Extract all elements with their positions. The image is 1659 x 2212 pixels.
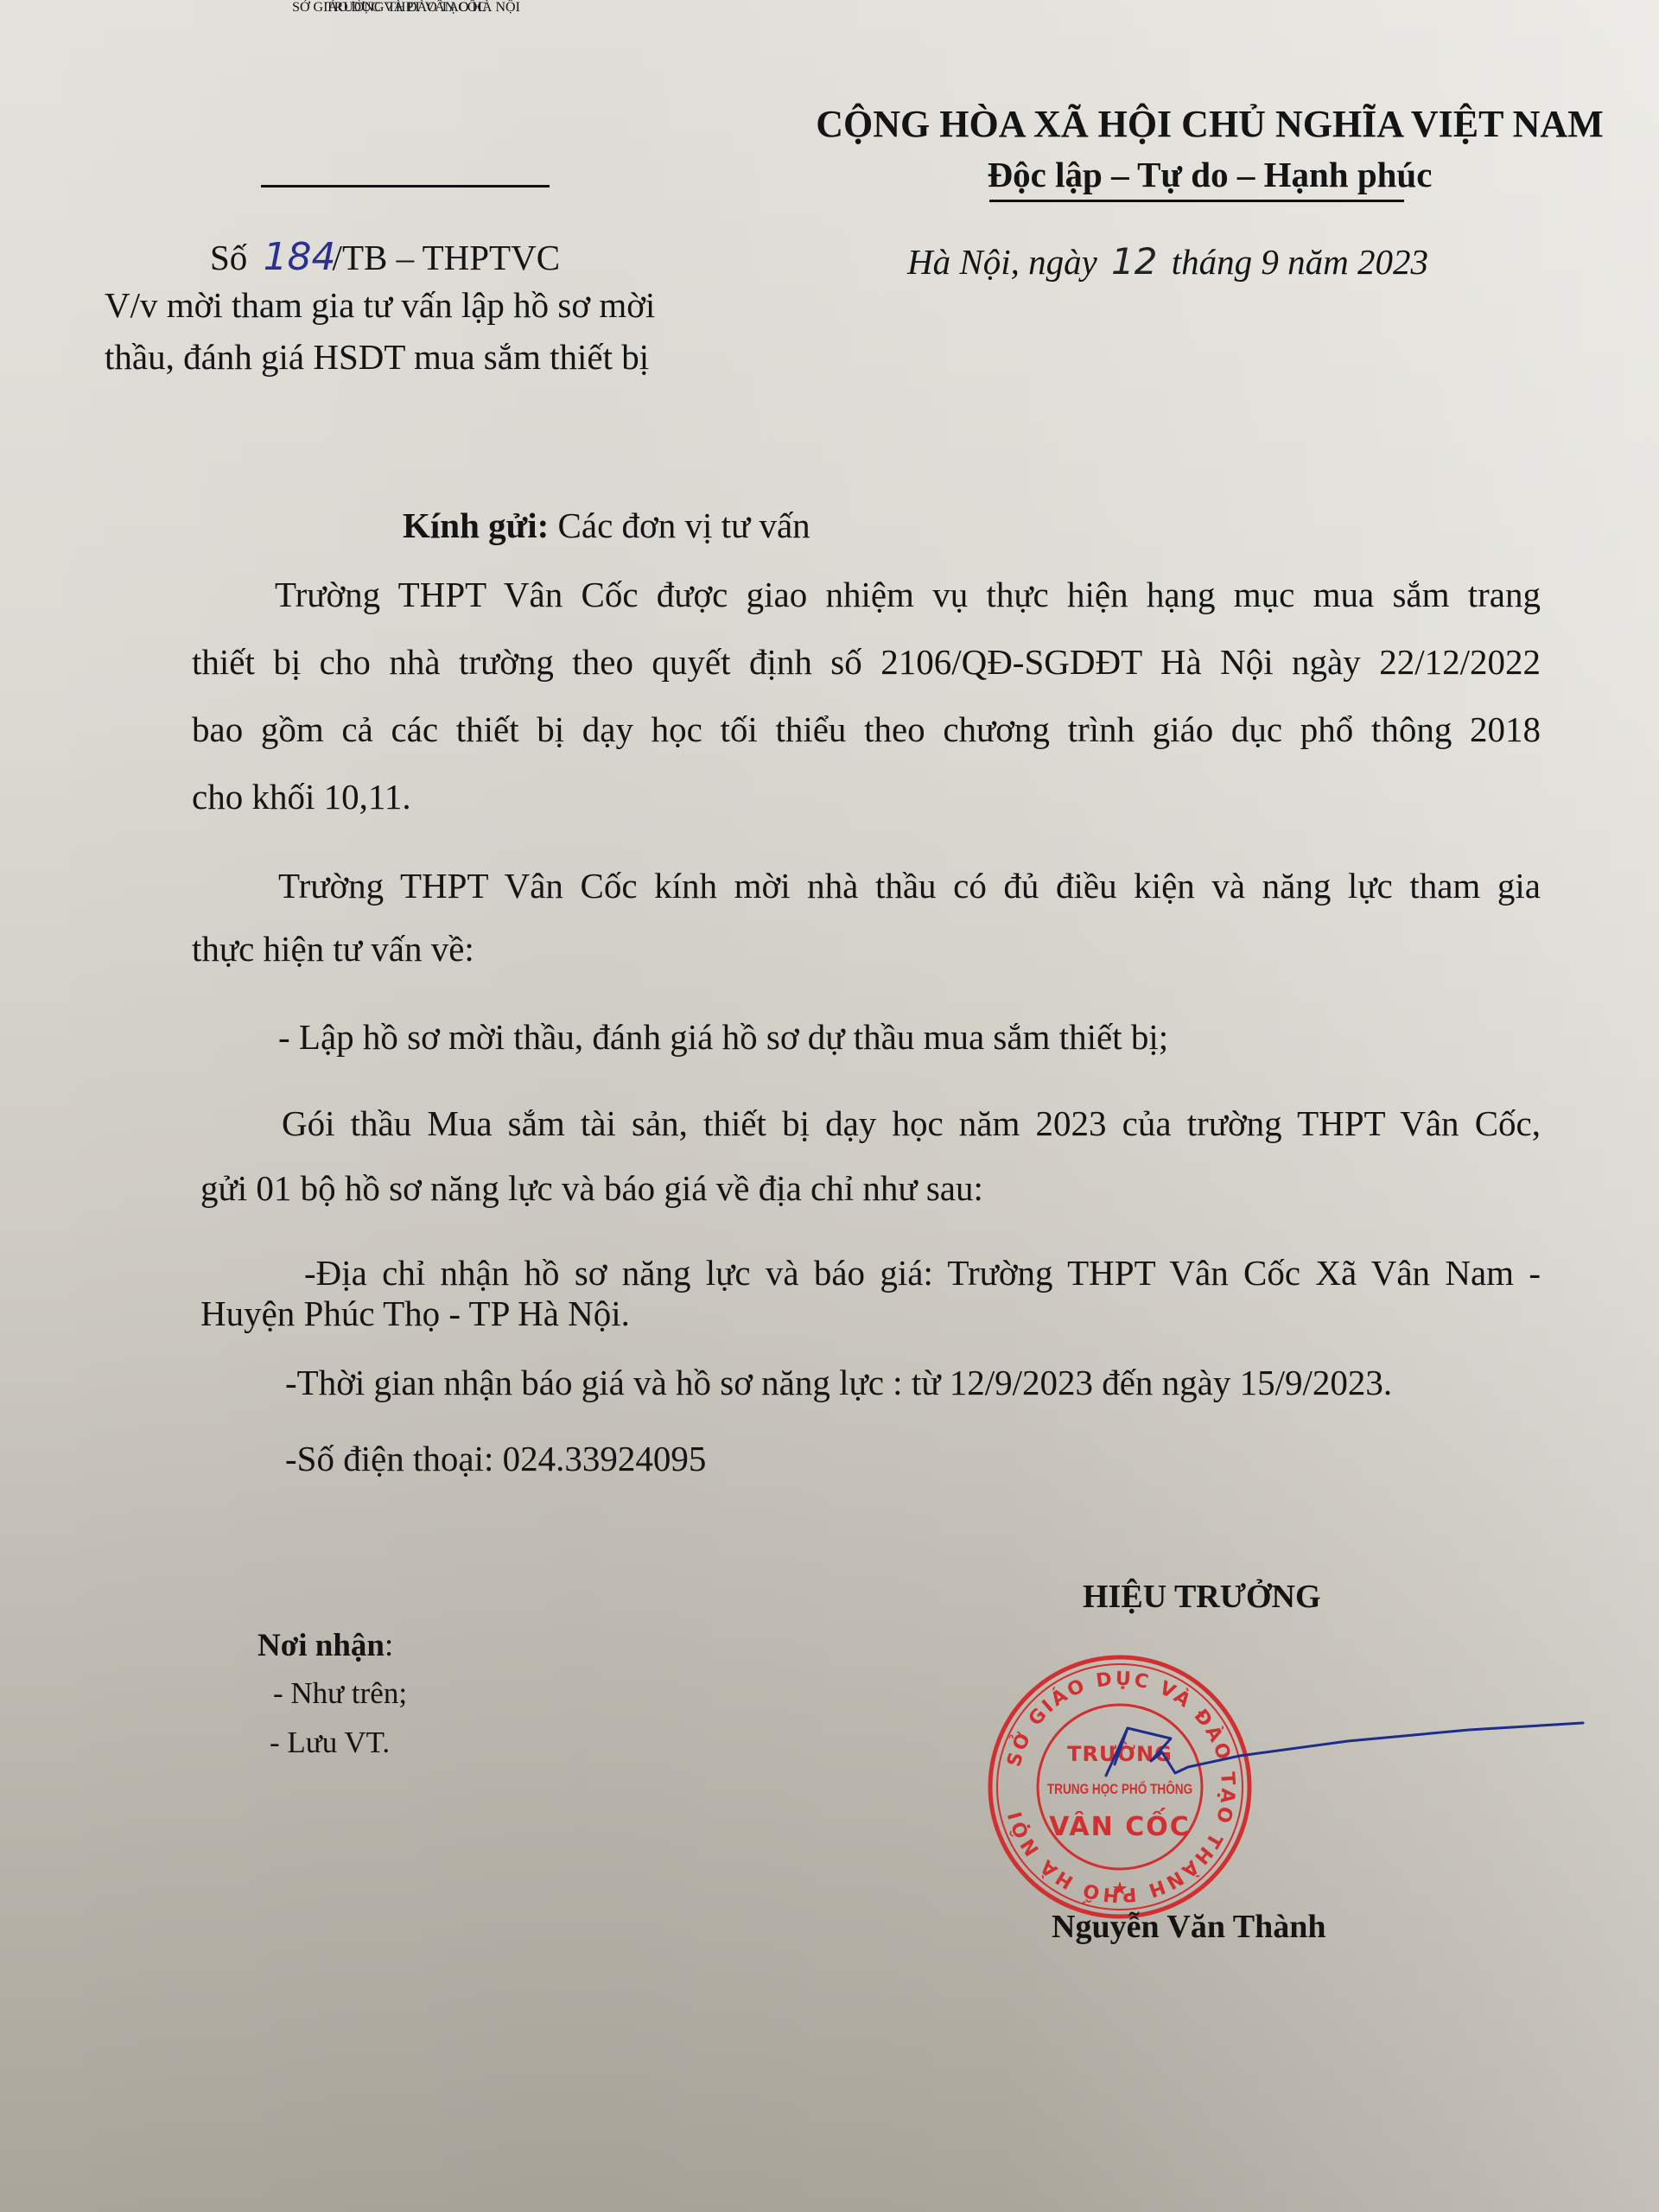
recipients-colon: : [385, 1628, 393, 1663]
recipient-item-1: - Như trên; [273, 1676, 407, 1711]
school-underline [261, 185, 550, 188]
recipient-value: Các đơn vị tư vấn [558, 505, 810, 545]
paragraph-1-line-2: thiết bị cho nhà trường theo quyết định … [192, 645, 1541, 680]
motto-underline [989, 200, 1404, 202]
svg-text:VÂN CỐC: VÂN CỐC [1049, 1807, 1191, 1842]
country-name: CỘNG HÒA XÃ HỘI CHỦ NGHĨA VIỆT NAM [760, 102, 1659, 146]
subject-line-1: V/v mời tham gia tư vấn lập hồ sơ mời [105, 288, 655, 323]
document-number: Số 184/TB – THPTVC [210, 238, 560, 276]
recipient-line: Kính gửi: Các đơn vị tư vấn [403, 508, 810, 543]
paragraph-1-line-1: Trường THPT Vân Cốc được giao nhiệm vụ t… [275, 577, 1541, 613]
consulting-item: - Lập hồ sơ mời thầu, đánh giá hồ sơ dự … [278, 1020, 1168, 1055]
recipient-label: Kính gửi: [403, 505, 549, 545]
phone-number: -Số điện thoại: 024.33924095 [285, 1441, 706, 1477]
date-suffix: tháng 9 năm 2023 [1172, 242, 1428, 282]
submission-time: -Thời gian nhận báo giá và hồ sơ năng lự… [285, 1365, 1392, 1401]
handwritten-number: 184 [264, 235, 336, 279]
address-line-2: Huyện Phúc Thọ - TP Hà Nội. [200, 1296, 630, 1332]
paragraph-1-line-4: cho khối 10,11. [192, 779, 411, 815]
svg-text:★: ★ [1111, 1878, 1128, 1900]
number-prefix: Số [210, 238, 247, 277]
signature-scribble [1089, 1719, 1590, 1789]
subject-line-2: thầu, đánh giá HSDT mua sắm thiết bị [105, 340, 649, 375]
paragraph-2-line-1: Trường THPT Vân Cốc kính mời nhà thầu có… [278, 868, 1541, 904]
issue-date: Hà Nội, ngày 12 tháng 9 năm 2023 [907, 244, 1428, 280]
paragraph-2-line-2: thực hiện tư vấn về: [192, 931, 474, 967]
paragraph-3-line-2: gửi 01 bộ hồ sơ năng lực và báo giá về đ… [200, 1171, 983, 1206]
number-suffix: /TB – THPTVC [333, 238, 561, 277]
school-name: TRƯỜNG THPT VÂN CỐC [52, 0, 760, 16]
signatory-title: HIỆU TRƯỞNG [1083, 1578, 1321, 1616]
national-motto: Độc lập – Tự do – Hạnh phúc [760, 154, 1659, 195]
paragraph-1-line-3: bao gồm cả các thiết bị dạy học tối thiể… [192, 712, 1541, 747]
date-prefix: Hà Nội, ngày [907, 242, 1097, 282]
handwritten-day: 12 [1111, 240, 1157, 283]
recipients-title: Nơi nhận: [257, 1627, 393, 1664]
recipients-label: Nơi nhận [257, 1628, 385, 1663]
paragraph-3-line-1: Gói thầu Mua sắm tài sản, thiết bị dạy h… [282, 1106, 1541, 1141]
signatory-name: Nguyễn Văn Thành [1052, 1908, 1326, 1946]
recipient-item-2: - Lưu VT. [270, 1726, 390, 1760]
address-line-1: -Địa chỉ nhận hồ sơ năng lực và báo giá:… [304, 1255, 1541, 1291]
